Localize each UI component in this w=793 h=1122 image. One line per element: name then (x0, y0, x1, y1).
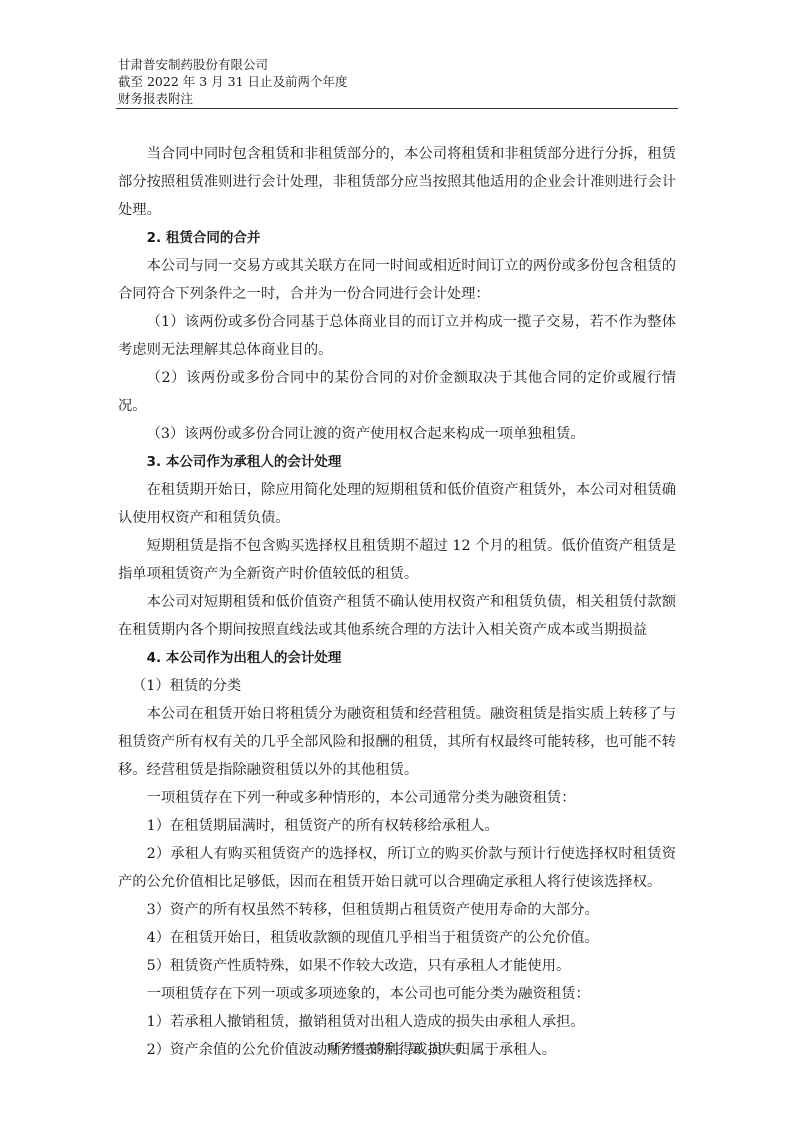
section-heading-4: 4. 本公司作为出租人的会计处理 (118, 644, 676, 672)
list-item: 1）在租赁期届满时，租赁资产的所有权转移给承租人。 (118, 812, 676, 840)
list-item: （3）该两份或多份合同让渡的资产使用权合起来构成一项单独租赁。 (118, 420, 676, 448)
paragraph: 一项租赁存在下列一种或多种情形的，本公司通常分类为融资租赁： (118, 784, 676, 812)
list-item: 1）若承租人撤销租赁，撤销租赁对出租人造成的损失由承租人承担。 (118, 1008, 676, 1036)
page-number-label: 财务报表附注 第 30 页 (327, 1041, 467, 1056)
paragraph: 一项租赁存在下列一项或多项迹象的，本公司也可能分类为融资租赁： (118, 980, 676, 1008)
page-header: 甘肃普安制药股份有限公司 截至 2022 年 3 月 31 日止及前两个年度 财… (118, 56, 676, 107)
paragraph: 在租赁期开始日，除应用简化处理的短期租赁和低价值资产租赁外，本公司对租赁确认使用… (118, 476, 676, 532)
page-footer: 财务报表附注 第 30 页 (0, 1040, 793, 1057)
subsection-heading: （1）租赁的分类 (118, 672, 676, 700)
section-heading-3: 3. 本公司作为承租人的会计处理 (118, 448, 676, 476)
list-item: 2）承租人有购买租赁资产的选择权，所订立的购买价款与预计行使选择权时租赁资产的公… (118, 840, 676, 896)
list-item: 5）租赁资产性质特殊，如果不作较大改造，只有承租人才能使用。 (118, 952, 676, 980)
list-item: （1）该两份或多份合同基于总体商业目的而订立并构成一揽子交易，若不作为整体考虑则… (118, 308, 676, 364)
section-heading-2: 2. 租赁合同的合并 (118, 224, 676, 252)
company-name: 甘肃普安制药股份有限公司 (118, 56, 676, 73)
list-item: （2）该两份或多份合同中的某份合同的对价金额取决于其他合同的定价或履行情况。 (118, 364, 676, 420)
paragraph: 短期租赁是指不包含购买选择权且租赁期不超过 12 个月的租赁。低价值资产租赁是指… (118, 532, 676, 588)
document-body: 当合同中同时包含租赁和非租赁部分的，本公司将租赁和非租赁部分进行分拆，租赁部分按… (118, 140, 676, 1064)
document-type: 财务报表附注 (118, 90, 676, 107)
paragraph: 本公司对短期租赁和低价值资产租赁不确认使用权资产和租赁负债，相关租赁付款额在租赁… (118, 588, 676, 644)
paragraph: 本公司与同一交易方或其关联方在同一时间或相近时间订立的两份或多份包含租赁的合同符… (118, 252, 676, 308)
paragraph: 本公司在租赁开始日将租赁分为融资租赁和经营租赁。融资租赁是指实质上转移了与租赁资… (118, 700, 676, 784)
list-item: 4）在租赁开始日，租赁收款额的现值几乎相当于租赁资产的公允价值。 (118, 924, 676, 952)
header-divider (116, 108, 678, 109)
report-period: 截至 2022 年 3 月 31 日止及前两个年度 (118, 73, 676, 90)
paragraph: 当合同中同时包含租赁和非租赁部分的，本公司将租赁和非租赁部分进行分拆，租赁部分按… (118, 140, 676, 224)
list-item: 3）资产的所有权虽然不转移，但租赁期占租赁资产使用寿命的大部分。 (118, 896, 676, 924)
